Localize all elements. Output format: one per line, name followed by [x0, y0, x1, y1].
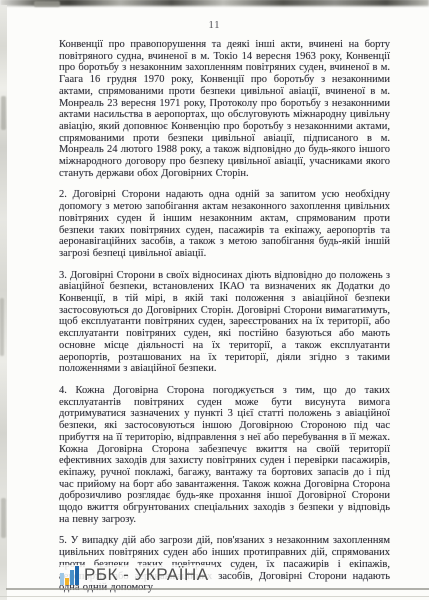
- scan-artifact-speck: [1, 96, 6, 130]
- rbc-ukraine-logo-text: РБК - УКРАЇНА: [84, 565, 209, 585]
- document-body: Конвенції про правопорушення та деякі ін…: [59, 39, 390, 594]
- paragraph-clause-4: 4. Кожна Договірна Сторона погоджується …: [59, 385, 390, 525]
- bar-chart-logo-icon: [60, 566, 79, 585]
- paragraph-clause-2: 2. Договірні Сторони надають одна одній …: [59, 189, 390, 259]
- logo-bar-dark: [75, 566, 79, 585]
- footer-divider-line: [6, 588, 429, 590]
- scan-artifact-speck: [1, 498, 6, 538]
- paragraph-clause-3: 3. Договірні Сторони в своїх відносинах …: [59, 270, 390, 375]
- scan-artifact-speck: [0, 298, 4, 356]
- logo-bar-light: [60, 573, 64, 585]
- page-number: 11: [0, 20, 429, 31]
- paragraph-continuation-conventions: Конвенції про правопорушення та деякі ін…: [59, 39, 390, 179]
- logo-bar-yellow: [65, 578, 69, 585]
- scanned-document-page: 11 Конвенції про правопорушення та деякі…: [0, 0, 429, 600]
- rbc-ukraine-watermark: РБК - УКРАЇНА: [60, 565, 215, 585]
- scan-artifact-top-edge: [0, 0, 429, 6]
- logo-bar-mid: [70, 570, 74, 585]
- scan-artifact-speck: [34, 1, 60, 7]
- footer-faint-line: [0, 596, 429, 597]
